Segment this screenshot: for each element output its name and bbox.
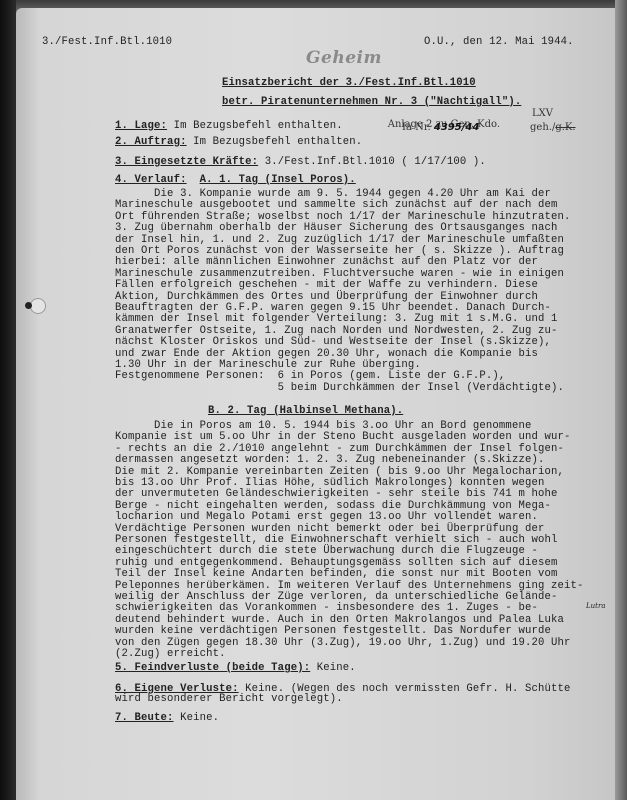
body-text-line: weilig der Anschluss der Züge verloren, … <box>115 592 558 603</box>
section-5: 5. Feindverluste (beide Tage): Keine. <box>115 663 356 674</box>
punch-hole-icon <box>30 298 46 314</box>
section-6-continued: wird besonderer Bericht vorgelegt). <box>115 694 343 705</box>
body-text-line: Aktion, Durchkämmen des Ortes und Überpr… <box>115 292 538 303</box>
body-text-line: kämmen der Insel mit folgender Verteilun… <box>115 314 558 325</box>
body-text-line: und zwar Ende der Aktion gegen 20.30 Uhr… <box>115 349 538 360</box>
body-text-line: eingeschüchtert durch die stete Überwach… <box>115 546 538 557</box>
ia-number-handwritten: 4395/44 <box>434 122 479 133</box>
section-1-text: Im Bezugsbefehl enthalten. <box>174 120 343 132</box>
body-text-line: 5 beim Durchkämmen der Insel (Verdächtig… <box>115 383 564 394</box>
section-4-sub-a: A. 1. Tag (Insel Poros). <box>200 174 356 186</box>
body-text-line: der unvermuteten Geländeschwierigkeiten … <box>115 489 558 500</box>
geh-mark: geh./g.K. <box>530 122 576 133</box>
body-text-line: schwierigkeiten das Vorankommen - insbes… <box>115 603 538 614</box>
body-text-line: nächst Kloster Oriskos und Süd- und West… <box>115 337 551 348</box>
geh-struck: g.K. <box>555 122 575 133</box>
body-text-line: wurden keine verdächtigen Personen festg… <box>115 626 551 637</box>
ia-number: Ia Nr. 4395/44 <box>402 122 479 133</box>
body-text-line: ruhig und entgegenkommend. Behauptungsge… <box>115 558 558 569</box>
body-text-line: 1.30 Uhr in der Marineschule zur Ruhe üb… <box>115 360 421 371</box>
section-4-sub-b: B. 2. Tag (Halbinsel Methana). <box>208 406 403 417</box>
body-text-line: 3. Zug übernahm oberhalb der Häuser Sich… <box>115 223 558 234</box>
scan-left-edge <box>0 0 16 800</box>
body-text-line: Marineschule ausgebootet und sammelte si… <box>115 200 558 211</box>
report-title: Einsatzbericht der 3./Fest.Inf.Btl.1010 <box>222 78 476 89</box>
body-text-line: von den Zügen gegen 18.30 Uhr (3.Zug), 1… <box>115 638 571 649</box>
body-text-line: Ort führenden Straße; woselbst noch 1/17… <box>115 212 571 223</box>
body-text-line: Beauftragten der G.F.P. waren gegen 9.15… <box>115 303 551 314</box>
body-text-line: Die mit 2. Kompanie vereinbarten Zeiten … <box>115 467 564 478</box>
body-text-line: Berge - nicht eingehalten werden, sodass… <box>115 501 551 512</box>
section-5-label: 5. Feindverluste (beide Tage): <box>115 662 310 674</box>
body-text-line: den Ort Poros zunächst von der Wassersei… <box>115 246 564 257</box>
section-1: 1. Lage: Im Bezugsbefehl enthalten. <box>115 121 343 132</box>
section-3-label: 3. Eingesetzte Kräfte: <box>115 156 258 168</box>
body-text-line: bis 13.oo Uhr Prof. Ilias Höhe, südlich … <box>115 478 544 489</box>
body-text-line: Peleponnes herüberkämen. Im weiteren Ver… <box>115 581 584 592</box>
body-text-line: (2.Zug) erreicht. <box>115 649 226 660</box>
lutra-handwritten-correction: Lutra <box>586 602 606 610</box>
body-text-line: Fällen erfolgreich geschehen - mit der W… <box>115 280 538 291</box>
roman-number: LXV <box>532 108 553 119</box>
report-subject: betr. Piratenunternehmen Nr. 3 ("Nachtig… <box>222 97 521 108</box>
body-text-line: deutend behindert wurde. Auch in den Ort… <box>115 615 564 626</box>
section-4: 4. Verlauf: A. 1. Tag (Insel Poros). <box>115 175 356 186</box>
geh-label: geh./ <box>530 122 555 133</box>
body-text-line: Die 3. Kompanie wurde am 9. 5. 1944 gege… <box>115 189 551 200</box>
section-7-label: 7. Beute: <box>115 712 174 724</box>
geheim-stamp: Geheim <box>306 48 382 68</box>
section-2-label: 2. Auftrag: <box>115 136 187 148</box>
body-text-line: Die in Poros am 10. 5. 1944 bis 3.oo Uhr… <box>115 421 531 432</box>
ia-label: Ia Nr. <box>402 122 431 133</box>
section-7-text: Keine. <box>180 712 219 724</box>
body-text-line: Kompanie ist um 5.oo Uhr in der Steno Bu… <box>115 432 571 443</box>
document-page: 3./Fest.Inf.Btl.1010 O.U., den 12. Mai 1… <box>16 8 616 800</box>
body-text-line: hierbei: alle männlichen Einwohner zunäc… <box>115 257 538 268</box>
body-text-line: Granatwerfer Ostseite, 1. Zug nach Norde… <box>115 326 558 337</box>
section-2: 2. Auftrag: Im Bezugsbefehl enthalten. <box>115 137 362 148</box>
body-text-line: - rechts an die 2./1010 angelehnt - zum … <box>115 444 564 455</box>
body-text-line: Marineschule zusammenzutreiben. Fluchtve… <box>115 269 564 280</box>
body-text-line: Verdächtige Personen wurden nicht bemerk… <box>115 524 544 535</box>
section-7: 7. Beute: Keine. <box>115 713 219 724</box>
body-text-line: Festgenommene Personen: 6 in Poros (gem.… <box>115 371 505 382</box>
section-2-text: Im Bezugsbefehl enthalten. <box>193 136 362 148</box>
section-3-text: 3./Fest.Inf.Btl.1010 ( 1/17/100 ). <box>265 156 486 168</box>
unit-header: 3./Fest.Inf.Btl.1010 <box>42 37 172 48</box>
body-text-line: Teil der Insel keine Andarten befinden, … <box>115 569 558 580</box>
section-3: 3. Eingesetzte Kräfte: 3./Fest.Inf.Btl.1… <box>115 157 486 168</box>
scan-right-edge <box>615 0 627 800</box>
section-1-label: 1. Lage: <box>115 120 167 132</box>
section-5-text: Keine. <box>317 662 356 674</box>
body-text-line: dermassen angesetzt worden: 1. 2. 3. Zug… <box>115 455 544 466</box>
place-date: O.U., den 12. Mai 1944. <box>424 37 574 48</box>
body-text-line: der Insel hin, 1. und 2. Zug zuzüglich 1… <box>115 235 564 246</box>
section-4-label: 4. Verlauf: <box>115 174 187 186</box>
body-text-line: locharion und Megalo Potami erst gegen 1… <box>115 512 538 523</box>
